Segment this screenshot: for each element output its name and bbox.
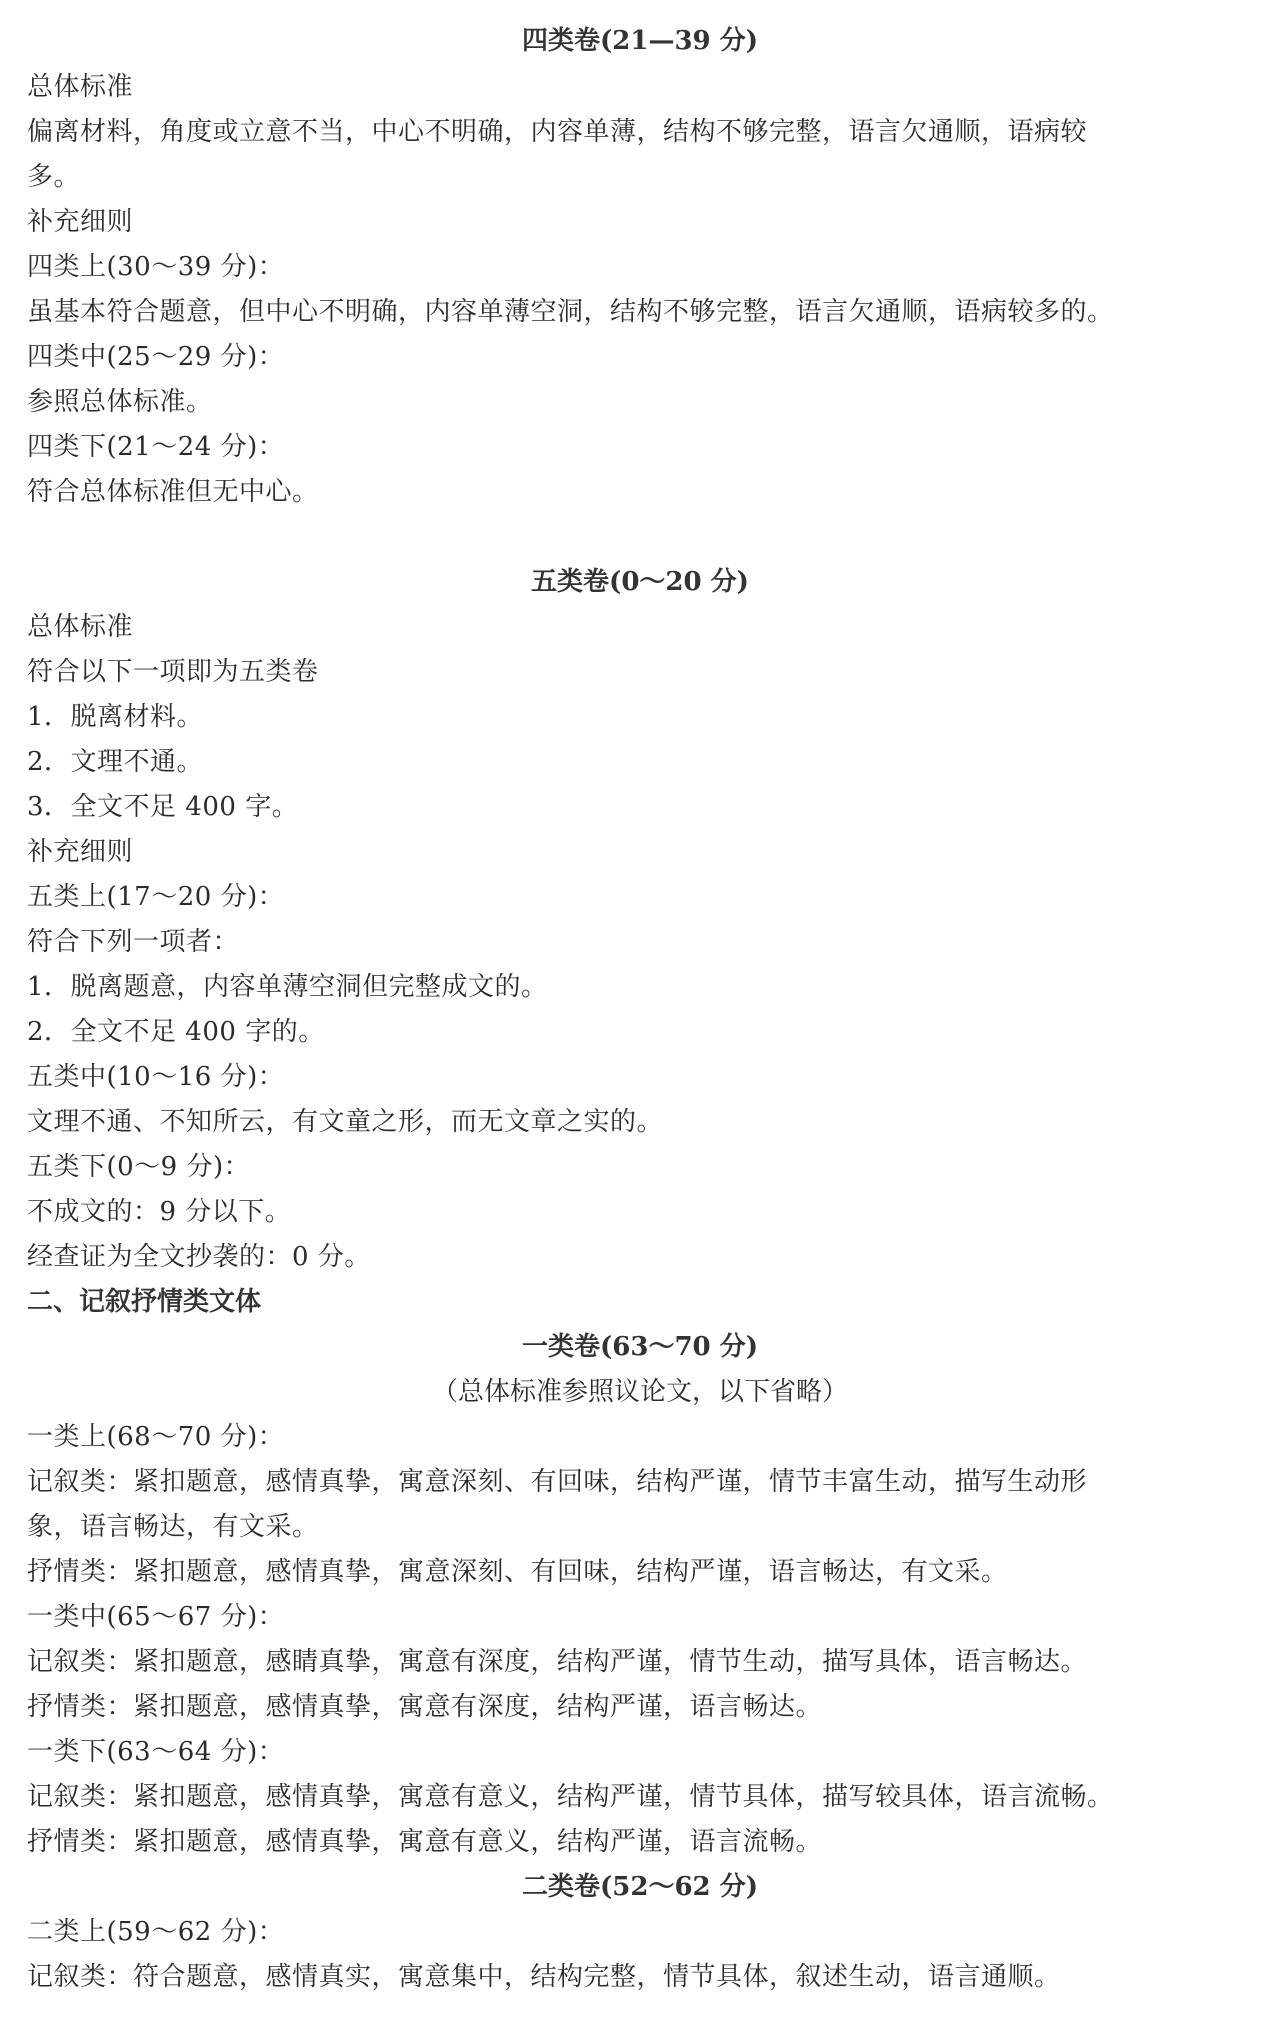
- cat4-upper-label: 四类上(30～39 分)：: [27, 250, 284, 284]
- cat4-lower-text: 符合总体标准但无中心。: [27, 475, 319, 509]
- cat5-middle-label: 五类中(10～16 分)：: [27, 1060, 284, 1094]
- narr-cat1-middle-narrative: 记叙类：紧扣题意，感睛真挚，寓意有深度，结构严谨，情节生动，描写具体，语言畅达。: [27, 1645, 1087, 1679]
- narr-cat2-upper-narrative: 记叙类：符合题意，感情真实，寓意集中，结构完整，情节具体，叙述生动，语言通顺。: [27, 1960, 1061, 1994]
- narr-cat1-lower-lyric: 抒情类：紧扣题意，感情真挚，寓意有意义，结构严谨，语言流畅。: [27, 1825, 822, 1859]
- cat5-lower-text: 不成文的：9 分以下。: [27, 1195, 291, 1229]
- cat4-overall-text-cont: 多。: [27, 160, 80, 194]
- cat5-upper-item: 2．全文不足 400 字的。: [27, 1015, 325, 1049]
- narr-cat2-upper-label: 二类上(59～62 分)：: [27, 1915, 284, 1949]
- cat5-overall-item: 1．脱离材料。: [27, 700, 203, 734]
- narr-cat1-upper-label: 一类上(68～70 分)：: [27, 1420, 284, 1454]
- narr-cat1-middle-label: 一类中(65～67 分)：: [27, 1600, 284, 1634]
- cat5-upper-intro: 符合下列一项者：: [27, 925, 239, 959]
- narr-cat1-heading: 一类卷(63～70 分): [0, 1330, 1280, 1364]
- cat5-overall-intro: 符合以下一项即为五类卷: [27, 655, 319, 689]
- cat5-upper-item: 1．脱离题意，内容单薄空洞但完整成文的。: [27, 970, 548, 1004]
- narr-cat1-lower-label: 一类下(63～64 分)：: [27, 1735, 284, 1769]
- cat5-heading: 五类卷(0～20 分): [0, 565, 1280, 599]
- cat5-overall-item: 2．文理不通。: [27, 745, 203, 779]
- cat5-lower-label: 五类下(0～9 分)：: [27, 1150, 250, 1184]
- cat4-detail-label: 补充细则: [27, 205, 133, 239]
- cat4-middle-text: 参照总体标准。: [27, 385, 213, 419]
- cat5-upper-label: 五类上(17～20 分)：: [27, 880, 284, 914]
- narr-cat1-lower-narrative: 记叙类：紧扣题意，感情真挚，寓意有意义，结构严谨，情节具体，描写较具体，语言流畅…: [27, 1780, 1114, 1814]
- narr-cat1-upper-lyric: 抒情类：紧扣题意，感情真挚，寓意深刻、有回味，结构严谨，语言畅达，有文采。: [27, 1555, 1008, 1589]
- narr-cat1-upper-narrative-cont: 象，语言畅达，有文采。: [27, 1510, 319, 1544]
- cat4-lower-label: 四类下(21～24 分)：: [27, 430, 284, 464]
- cat4-overall-label: 总体标准: [27, 70, 133, 104]
- cat5-detail-label: 补充细则: [27, 835, 133, 869]
- narr-cat1-middle-lyric: 抒情类：紧扣题意，感情真挚，寓意有深度，结构严谨，语言畅达。: [27, 1690, 822, 1724]
- cat4-heading: 四类卷(21—39 分): [0, 24, 1280, 58]
- section-title-narrative: 二、记叙抒情类文体: [27, 1285, 261, 1319]
- cat5-lower-text-plagiarism: 经查证为全文抄袭的：0 分。: [27, 1240, 371, 1274]
- cat4-overall-text: 偏离材料，角度或立意不当，中心不明确，内容单薄，结构不够完整，语言欠通顺，语病较: [27, 115, 1087, 149]
- cat5-overall-label: 总体标准: [27, 610, 133, 644]
- narr-cat1-upper-narrative: 记叙类：紧扣题意，感情真挚，寓意深刻、有回味，结构严谨，情节丰富生动，描写生动形: [27, 1465, 1087, 1499]
- cat4-middle-label: 四类中(25～29 分)：: [27, 340, 284, 374]
- narr-cat1-note: （总体标准参照议论文，以下省略）: [0, 1375, 1280, 1409]
- cat4-upper-text: 虽基本符合题意，但中心不明确，内容单薄空洞，结构不够完整，语言欠通顺，语病较多的…: [27, 295, 1114, 329]
- cat5-overall-item: 3．全文不足 400 字。: [27, 790, 298, 824]
- narr-cat2-heading: 二类卷(52～62 分): [0, 1870, 1280, 1904]
- cat5-middle-text: 文理不通、不知所云，有文童之形，而无文章之实的。: [27, 1105, 663, 1139]
